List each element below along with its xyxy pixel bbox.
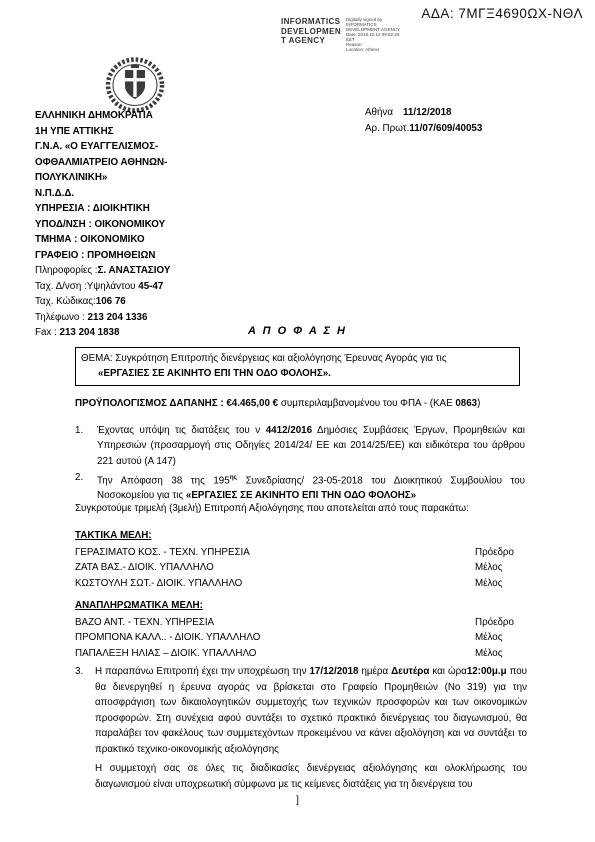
date-row: Αθήνα11/12/2018 xyxy=(365,105,482,121)
signature-agency-line: DEVELOPMEN xyxy=(281,27,341,37)
contact-info-row: Ταχ. Κώδικας:106 76 xyxy=(35,294,170,310)
contact-value: Σ. ΑΝΑΣΤΑΣΙΟΥ xyxy=(98,265,171,276)
member-name: ΚΩΣΤΟΥΛΗ ΣΩΤ.- ΔΙΟΙΚ. ΥΠΑΛΛΗΛΟ xyxy=(75,578,242,589)
duties-text: που θα διενεργηθεί η έρευνα αγοράς να βρ… xyxy=(95,666,527,755)
protocol-label: Αρ. Πρωτ. xyxy=(365,123,409,134)
legal-item-1: 1. Έχοντας υπόψη τις διατάξεις του ν 441… xyxy=(75,423,525,469)
budget-amount: €4.465,00 € xyxy=(224,398,278,409)
duties-date: 17/12/2018 xyxy=(309,666,358,677)
city-label: Αθήνα xyxy=(365,107,393,118)
digital-signature-stamp: INFORMATICS DEVELOPMEN T AGENCY Digitall… xyxy=(281,17,400,52)
item-number: 1. xyxy=(75,423,83,438)
member-role: Μέλος xyxy=(475,576,502,592)
closing-paragraph: Η συμμετοχή σας σε όλες τις διαδικασίες … xyxy=(95,761,527,792)
signature-agency-line: INFORMATICS xyxy=(281,17,341,27)
org-line: ΠΟΛΥΚΛΙΝΙΚΗ» xyxy=(35,170,170,186)
member-role: Μέλος xyxy=(475,646,502,662)
budget-line: ΠΡΟΫΠΟΛΟΓΙΣΜΟΣ ΔΑΠΑΝΗΣ : €4.465,00 € συμ… xyxy=(75,398,525,409)
org-line: ΥΠΗΡΕΣΙΑ : ΔΙΟΙΚΗΤΙΚΗ xyxy=(35,201,170,217)
duties-text: και ώρα xyxy=(429,666,466,677)
contact-label: Ταχ. Κώδικας: xyxy=(35,296,96,307)
protocol-number: 11/07/609/40053 xyxy=(409,123,482,134)
protocol-row: Αρ. Πρωτ.11/07/609/40053 xyxy=(365,121,482,137)
item-text-bold: 4412/2016 xyxy=(266,425,312,436)
ada-stamp: ΑΔΑ: 7ΜΓΞ4690ΩΧ-ΝΘΛ xyxy=(421,6,583,21)
committee-intro: Συγκροτούμε τριμελή (3μελή) Επιτροπή Αξι… xyxy=(75,503,525,514)
duties-text: ημέρα xyxy=(359,666,392,677)
signature-detail-line: Location: Athens xyxy=(346,47,400,52)
member-name: ΠΑΠΑΛΕΞΗ ΗΛΙΑΣ – ΔΙΟΙΚ. ΥΠΑΛΛΗΛΟ xyxy=(75,648,256,659)
subject-label: ΘΕΜΑ: xyxy=(81,353,113,364)
member-role: Πρόεδρο xyxy=(475,615,514,631)
subject-line2: «ΕΡΓΑΣΙΕΣ ΣΕ ΑΚΙΝΗΤΟ ΕΠΙ ΤΗΝ ΟΔΟ ΦΟΛΟΗΣ»… xyxy=(98,366,514,381)
org-line: ΤΜΗΜΑ : ΟΙΚΟΝΟΜΙΚΟ xyxy=(35,232,170,248)
item-text: Την Απόφαση 38 της 195 xyxy=(97,475,230,486)
org-line: Γ.Ν.Α. «Ο ΕΥΑΓΓΕΛΙΣΜΟΣ- xyxy=(35,139,170,155)
contact-info-row: Πληροφορίες :Σ. ΑΝΑΣΤΑΣΙΟΥ xyxy=(35,263,170,279)
member-row: ΠΡΟΜΠΟΝΑ ΚΑΛΛ.. - ΔΙΟΙΚ. ΥΠΑΛΛΗΛΟΜέλος xyxy=(75,630,535,646)
regular-members-heading: ΤΑΚΤΙΚΑ ΜΕΛΗ: xyxy=(75,528,535,544)
budget-text: συμπεριλαμβανομένου του ΦΠΑ - (ΚΑΕ xyxy=(278,398,455,409)
document-page: ΑΔΑ: 7ΜΓΞ4690ΩΧ-ΝΘΛ INFORMATICS DEVELOPM… xyxy=(0,0,595,842)
agency-header: ΕΛΛΗΝΙΚΗ ΔΗΜΟΚΡΑΤΙΑ 1Η ΥΠΕ ΑΤΤΙΚΗΣ Γ.Ν.Α… xyxy=(35,108,170,341)
org-line: ΥΠΟΔ/ΝΣΗ : ΟΙΚΟΝΟΜΙΚΟΥ xyxy=(35,217,170,233)
signature-details: Digitally signed by INFORMATICS DEVELOPM… xyxy=(346,17,400,52)
member-name: ΓΕΡΑΣΙΜΑΤΟ ΚΟΣ. - ΤΕΧΝ. ΥΠΗΡΕΣΙΑ xyxy=(75,547,250,558)
member-name: ΒΑΖΟ ΑΝΤ. - ΤΕΧΝ. ΥΠΗΡΕΣΙΑ xyxy=(75,617,214,628)
item-text: Έχοντας υπόψη τις διατάξεις του ν xyxy=(97,425,266,436)
duties-text: Η παραπάνω Επιτροπή έχει την υποχρέωση τ… xyxy=(95,666,309,677)
contact-value: 213 204 1336 xyxy=(88,312,148,323)
signature-agency-line: T AGENCY xyxy=(281,36,341,46)
legal-item-2: 2. Την Απόφαση 38 της 195ης Συνεδρίασης/… xyxy=(75,470,525,504)
subject-box: ΘΕΜΑ: Συγκρότηση Επιτροπής διενέργειας κ… xyxy=(75,347,520,386)
date-block: Αθήνα11/12/2018 Αρ. Πρωτ.11/07/609/40053 xyxy=(365,105,482,136)
document-date: 11/12/2018 xyxy=(403,107,452,118)
member-row: ΠΑΠΑΛΕΞΗ ΗΛΙΑΣ – ΔΙΟΙΚ. ΥΠΑΛΛΗΛΟΜέλος xyxy=(75,646,535,662)
org-line: ΟΦΘΑΛΜΙΑΤΡΕΙΟ ΑΘΗΝΩΝ- xyxy=(35,155,170,171)
duties-paragraph: 3. Η παραπάνω Επιτροπή έχει την υποχρέωσ… xyxy=(75,664,527,757)
item-number: 3. xyxy=(75,664,83,680)
member-row: ΖΑΤΑ ΒΑΣ.- ΔΙΟΙΚ. ΥΠΑΛΛΗΛΟΜέλος xyxy=(75,560,535,576)
contact-value: 106 76 xyxy=(96,296,126,307)
member-row: ΚΩΣΤΟΥΛΗ ΣΩΤ.- ΔΙΟΙΚ. ΥΠΑΛΛΗΛΟΜέλος xyxy=(75,576,535,592)
org-line: Ν.Π.Δ.Δ. xyxy=(35,186,170,202)
item-text-bold: «ΕΡΓΑΣΙΕΣ ΣΕ ΑΚΙΝΗΤΟ ΕΠΙ ΤΗΝ ΟΔΟ ΦΟΛΟΗΣ» xyxy=(186,490,416,501)
member-row: ΒΑΖΟ ΑΝΤ. - ΤΕΧΝ. ΥΠΗΡΕΣΙΑΠρόεδρο xyxy=(75,615,535,631)
page-footer-mark: ] xyxy=(0,795,595,806)
committee-alternate-members: ΑΝΑΠΛΗΡΩΜΑΤΙΚΑ ΜΕΛΗ: ΒΑΖΟ ΑΝΤ. - ΤΕΧΝ. Υ… xyxy=(75,598,535,661)
subject-text: Συγκρότηση Επιτροπής διενέργειας και αξι… xyxy=(113,353,447,364)
org-line: 1Η ΥΠΕ ΑΤΤΙΚΗΣ xyxy=(35,124,170,140)
member-role: Πρόεδρο xyxy=(475,545,514,561)
member-role: Μέλος xyxy=(475,560,502,576)
subject-line1: ΘΕΜΑ: Συγκρότηση Επιτροπής διενέργειας κ… xyxy=(81,351,514,366)
decision-title: Α Π Ο Φ Α Σ Η xyxy=(0,325,595,337)
budget-kae: 0863 xyxy=(455,398,477,409)
budget-label: ΠΡΟΫΠΟΛΟΓΙΣΜΟΣ ΔΑΠΑΝΗΣ : xyxy=(75,398,224,409)
contact-label: Ταχ. Δ/νση :Υψηλάντου xyxy=(35,281,138,292)
member-row: ΓΕΡΑΣΙΜΑΤΟ ΚΟΣ. - ΤΕΧΝ. ΥΠΗΡΕΣΙΑΠρόεδρο xyxy=(75,545,535,561)
contact-info-row: Τηλέφωνο : 213 204 1336 xyxy=(35,310,170,326)
org-line: ΓΡΑΦΕΙΟ : ΠΡΟΜΗΘΕΙΩΝ xyxy=(35,248,170,264)
member-name: ΖΑΤΑ ΒΑΣ.- ΔΙΟΙΚ. ΥΠΑΛΛΗΛΟ xyxy=(75,562,214,573)
contact-label: Πληροφορίες : xyxy=(35,265,98,276)
contact-info-row: Ταχ. Δ/νση :Υψηλάντου 45-47 xyxy=(35,279,170,295)
duties-day: Δευτέρα xyxy=(391,666,429,677)
budget-close: ) xyxy=(477,398,480,409)
contact-value: 45-47 xyxy=(138,281,163,292)
legal-basis-list: 1. Έχοντας υπόψη τις διατάξεις του ν 441… xyxy=(75,423,525,505)
signature-agency-name: INFORMATICS DEVELOPMEN T AGENCY xyxy=(281,17,341,52)
alternate-members-heading: ΑΝΑΠΛΗΡΩΜΑΤΙΚΑ ΜΕΛΗ: xyxy=(75,598,535,614)
member-name: ΠΡΟΜΠΟΝΑ ΚΑΛΛ.. - ΔΙΟΙΚ. ΥΠΑΛΛΗΛΟ xyxy=(75,632,260,643)
org-line: ΕΛΛΗΝΙΚΗ ΔΗΜΟΚΡΑΤΙΑ xyxy=(35,108,170,124)
item-number: 2. xyxy=(75,470,83,485)
member-role: Μέλος xyxy=(475,630,502,646)
duties-time: 12:00μ.μ xyxy=(467,666,507,677)
committee-regular-members: ΤΑΚΤΙΚΑ ΜΕΛΗ: ΓΕΡΑΣΙΜΑΤΟ ΚΟΣ. - ΤΕΧΝ. ΥΠ… xyxy=(75,528,535,591)
item-superscript: ης xyxy=(230,474,237,481)
contact-label: Τηλέφωνο : xyxy=(35,312,88,323)
